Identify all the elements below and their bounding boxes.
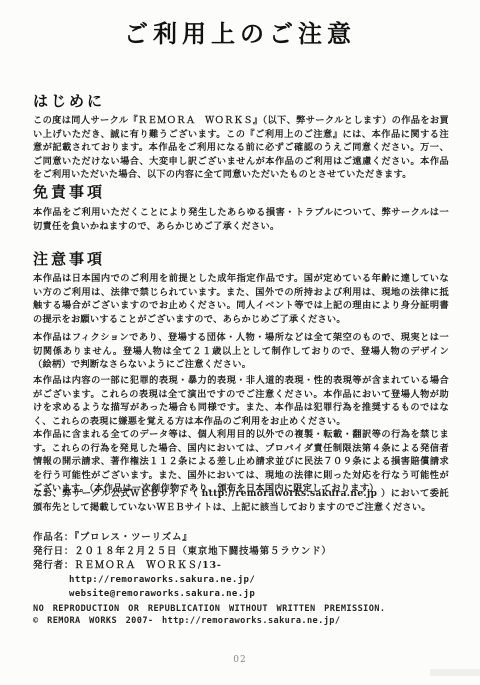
cautions-paragraph-fiction: 本作品はフィクションであり、登場する団体・人物・場所などは全て架空のもので、現実… (33, 331, 449, 372)
colophon-value: ＲＥＭＯＲＡ ＷＯＲＫＳ/13- (74, 560, 221, 571)
colophon-publish-date: 発行日：２０１８年２月２５日（東京地下闘技場第５ラウンド） (33, 545, 453, 559)
footer-no-reproduction-line: NO REPRODUCTION OR REPUBLICATION WITHOUT… (33, 604, 463, 616)
cautions-paragraph-official-site: なお、弊サークル公式ＷＥＢサイト（ http://remoraworks.sak… (33, 487, 449, 514)
page-number: 02 (0, 655, 480, 665)
colophon-value: 『プロレス・ツーリズム』 (74, 532, 192, 543)
colophon: 作品名：『プロレス・ツーリズム』 発行日：２０１８年２月２５日（東京地下闘技場第… (33, 531, 453, 601)
section-heading-cautions: 注意事項 (33, 248, 105, 269)
cautions-paragraph-age-restriction: 本作品は日本国内でのご利用を前提とした成年指定作品です。国が定めている年齢に達し… (33, 272, 449, 326)
colophon-publisher: 発行者：ＲＥＭＯＲＡ ＷＯＲＫＳ/13- (33, 559, 453, 573)
colophon-work-title: 作品名：『プロレス・ツーリズム』 (33, 531, 453, 545)
cautions-paragraph-expressions: 本作品は内容の一部に犯罪的表現・暴力的表現・非人道的表現・性的表現等が含まれてい… (33, 374, 449, 428)
section-heading-disclaimer: 免責事項 (33, 181, 105, 202)
document-page: ご利用上のご注意 はじめに この度は同人サークル『ＲＥＭＯＲＡ ＷＯＲＫＳ』（以… (0, 0, 480, 685)
colophon-label: 発行日： (33, 546, 74, 557)
disclaimer-paragraph: 本作品をご利用いただくことにより発生したあらゆる損害・トラブルについて、弊サーク… (33, 206, 449, 233)
colophon-label: 発行者： (33, 560, 74, 571)
footer-copyright-line: © REMORA WORKS 2007- http://remoraworks.… (33, 616, 463, 628)
footer-copyright: NO REPRODUCTION OR REPUBLICATION WITHOUT… (33, 604, 463, 627)
colophon-website-url: http://remoraworks.sakura.ne.jp/ (33, 573, 453, 587)
section-heading-introduction: はじめに (33, 90, 105, 111)
introduction-paragraph: この度は同人サークル『ＲＥＭＯＲＡ ＷＯＲＫＳ』（以下、弊サークルとします）の作… (33, 114, 449, 182)
colophon-contact-email: website@remoraworks.sakura.ne.jp (33, 587, 453, 601)
colophon-value: ２０１８年２月２５日（東京地下闘技場第５ラウンド） (74, 546, 332, 557)
colophon-label: 作品名： (33, 532, 74, 543)
page-title: ご利用上のご注意 (0, 14, 480, 49)
cautions-paragraph-copyright: 本作品に含まれる全てのデータ等は、個人利用目的以外での複製・転載・翻訳等の行為を… (33, 428, 449, 496)
scan-artifact (430, 669, 480, 676)
